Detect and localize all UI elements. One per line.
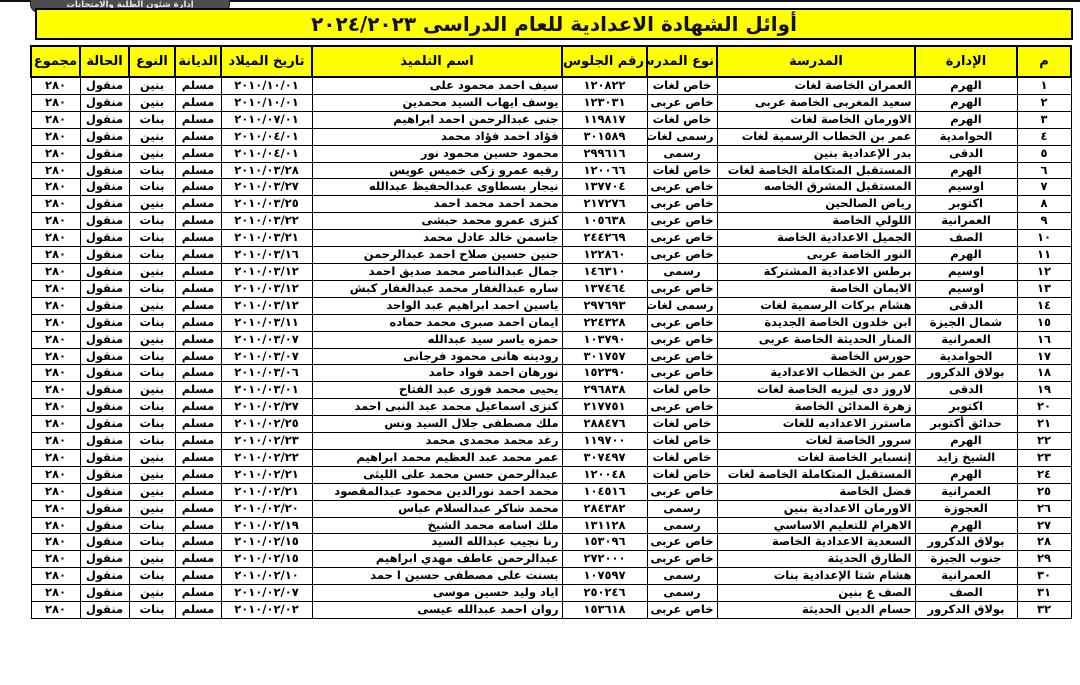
table-cell: مسلم [175, 230, 221, 247]
table-cell: ٢٨٠ [31, 263, 80, 280]
table-cell: منقول [80, 585, 129, 602]
table-cell: مسلم [175, 213, 221, 230]
table-cell: خاص عربى [647, 247, 717, 264]
table-row: ٣٠العمرانيةهشام شتا الإعدادية بناترسمى١٠… [31, 568, 1071, 585]
table-cell: الدقى [915, 382, 1017, 399]
table-cell: منقول [80, 382, 129, 399]
table-cell: بنات [129, 247, 175, 264]
table-cell: ٢٠١٠/٠٢/١٠ [221, 568, 312, 585]
table-cell: ٢٤ [1017, 466, 1071, 483]
table-cell: مسلم [175, 416, 221, 433]
header-cell-9: الحالة [80, 46, 129, 77]
table-cell: الايمان الخاصة [717, 280, 915, 297]
table-cell: ٢٨٠ [31, 534, 80, 551]
table-cell: نورهان احمد فواد حامد [312, 365, 562, 382]
table-cell: بنات [129, 230, 175, 247]
table-cell: رياض الصالحين [717, 196, 915, 213]
table-cell: الهرم [915, 162, 1017, 179]
table-cell: ٢٨٠ [31, 568, 80, 585]
table-row: ٣١الصفالصف ع بنينرسمى٢٥٠٢٤٦اياد وليد حسي… [31, 585, 1071, 602]
table-cell: ٢٠١٠/٠٣/٠٧ [221, 331, 312, 348]
table-cell: بنات [129, 314, 175, 331]
table-cell: ٢٨٠ [31, 517, 80, 534]
table-cell: محمد شاكر عبدالسلام عباس [312, 500, 562, 517]
table-cell: خاص عربى [647, 94, 717, 111]
table-row: ١٨بولاق الدكرورعمر بن الخطاب الاعداديةخا… [31, 365, 1071, 382]
table-cell: بنات [129, 365, 175, 382]
table-cell: ٢١ [1017, 416, 1071, 433]
table-cell: محمود حسين محمود نور [312, 145, 562, 162]
table-cell: خاص عربى [647, 483, 717, 500]
table-cell: ٢٠١٠/٠٣/١١ [221, 314, 312, 331]
table-cell: ٢٨٠ [31, 602, 80, 619]
table-cell: ١٥٣٦١٨ [562, 602, 647, 619]
table-cell: بنات [129, 280, 175, 297]
table-cell: مسلم [175, 449, 221, 466]
table-row: ٢٦العجوزةالاورمان الاعدادية بنينرسمى٢٨٤٣… [31, 500, 1071, 517]
table-cell: مسلم [175, 111, 221, 128]
table-cell: ٢٨٠ [31, 213, 80, 230]
table-cell: بنات [129, 433, 175, 450]
table-cell: بنات [129, 517, 175, 534]
table-row: ٣الهرمالاورمان الخاصة لغاتخاص لغات١١٩٨١٧… [31, 111, 1071, 128]
table-cell: بنين [129, 551, 175, 568]
table-cell: ٢٧٢٠٠٠ [562, 551, 647, 568]
table-cell: مسلم [175, 314, 221, 331]
table-cell: ٢٨٠ [31, 230, 80, 247]
table-row: ١٢اوسيمبرطس الاعدادية المشتركةرسمى١٤٦٣١٠… [31, 263, 1071, 280]
table-cell: ابن خلدون الخاصة الجديدة [717, 314, 915, 331]
table-cell: اياد وليد حسين موسى [312, 585, 562, 602]
table-cell: ١١٩٨١٧ [562, 111, 647, 128]
table-cell: مسلم [175, 500, 221, 517]
table-cell: منقول [80, 449, 129, 466]
page-title: أوائل الشهادة الاعدادية للعام الدراسى ٢٠… [311, 12, 797, 36]
table-cell: ١٠٣٧٩٠ [562, 331, 647, 348]
table-cell: ١٠٧٥٩٧ [562, 568, 647, 585]
table-cell: فؤاد احمد فؤاد محمد [312, 128, 562, 145]
table-cell: ٣ [1017, 111, 1071, 128]
table-row: ٢٤الهرمالمستقبل المتكاملة الخاصة لغاتخاص… [31, 466, 1071, 483]
table-cell: خاص لغات [647, 416, 717, 433]
table-row: ٨اكتوبررياض الصالحينخاص عربى٢١٧٢٧٦محمد ا… [31, 196, 1071, 213]
table-cell: ٥ [1017, 145, 1071, 162]
table-cell: مسلم [175, 483, 221, 500]
table-row: ١الهرمالعمران الخاصة لغاتخاص لغات١٢٠٨٢٢س… [31, 77, 1071, 94]
table-cell: جنوب الجيزة [915, 551, 1017, 568]
table-cell: مسلم [175, 331, 221, 348]
table-cell: كنزى عمرو محمد حبشى [312, 213, 562, 230]
table-cell: ٢٨٠ [31, 416, 80, 433]
table-cell: ٢٨٠ [31, 551, 80, 568]
table-cell: يحيى محمد فوزى عبد الفتاح [312, 382, 562, 399]
table-cell: السعدية الاعدادية الخاصة [717, 534, 915, 551]
table-row: ١٠الصفالجميل الاعدادية الخاصةخاص عربى٢٤٤… [31, 230, 1071, 247]
table-cell: ٢٠١٠/٠٣/٠١ [221, 382, 312, 399]
table-cell: عمر بن الخطاب الاعدادية [717, 365, 915, 382]
table-cell: ٣٠ [1017, 568, 1071, 585]
table-cell: مسلم [175, 433, 221, 450]
table-cell: ٢٨٠ [31, 77, 80, 94]
table-cell: لاروز دى ليزيه الخاصة لغات [717, 382, 915, 399]
table-cell: ١٠٤٥١٦ [562, 483, 647, 500]
table-cell: رسمى لغات [647, 128, 717, 145]
table-cell: ٤ [1017, 128, 1071, 145]
table-cell: ٩ [1017, 213, 1071, 230]
table-cell: ٢٠١٠/٠٢/٢٠ [221, 500, 312, 517]
table-cell: ٢٨٠ [31, 331, 80, 348]
table-cell: ٢٩٦٨٣٨ [562, 382, 647, 399]
table-cell: ٢٧ [1017, 517, 1071, 534]
table-cell: ١٧ [1017, 348, 1071, 365]
table-cell: النور الخاصة عربى [717, 247, 915, 264]
table-cell: ٢٨ [1017, 534, 1071, 551]
table-cell: ١٩ [1017, 382, 1071, 399]
table-cell: ٢٠١٠/٠٣/١٢ [221, 280, 312, 297]
table-cell: ٢٠١٠/٠٧/٠١ [221, 111, 312, 128]
table-cell: ٢٠١٠/٠٢/٢١ [221, 466, 312, 483]
table-cell: ٢٠١٠/٠٣/٢٨ [221, 162, 312, 179]
table-cell: مسلم [175, 247, 221, 264]
table-cell: ١ [1017, 77, 1071, 94]
table-cell: مسلم [175, 145, 221, 162]
table-cell: بنات [129, 179, 175, 196]
table-cell: ٧ [1017, 179, 1071, 196]
table-cell: ٣٠١٧٥٧ [562, 348, 647, 365]
table-cell: ٢٣ [1017, 449, 1071, 466]
table-cell: الاهرام للتعليم الاساسي [717, 517, 915, 534]
table-cell: ١٢٠٠٦٦ [562, 162, 647, 179]
table-cell: محمد احمد نورالدين محمود عبدالمقصود [312, 483, 562, 500]
header-cell-3: نوع المدرسة [647, 46, 717, 77]
table-cell: العمرانية [915, 483, 1017, 500]
table-cell: بنات [129, 534, 175, 551]
table-cell: منقول [80, 602, 129, 619]
table-header-row: مالإدارةالمدرسةنوع المدرسةرقم الجلوساسم … [31, 46, 1071, 77]
table-cell: ١٣٧٧٠٤ [562, 179, 647, 196]
table-cell: رسمى [647, 585, 717, 602]
table-cell: سعيد المغربى الخاصة عربى [717, 94, 915, 111]
table-cell: روان احمد عبدالله عيسى [312, 602, 562, 619]
table-cell: ٢٠١٠/٠٢/١٥ [221, 534, 312, 551]
table-cell: ٢٠١٠/٠٣/٢١ [221, 230, 312, 247]
table-cell: حورس الخاصة [717, 348, 915, 365]
table-cell: الاورمان الخاصة لغات [717, 111, 915, 128]
table-cell: عبدالرحمن حسن محمد على الليثى [312, 466, 562, 483]
table-cell: عمر بن الخطاب الرسمية لغات [717, 128, 915, 145]
table-cell: منقول [80, 433, 129, 450]
table-cell: ١٠ [1017, 230, 1071, 247]
table-cell: ٢٠١٠/٠٢/٢٢ [221, 449, 312, 466]
header-cell-7: الديانة [175, 46, 221, 77]
table-cell: الدقى [915, 145, 1017, 162]
table-cell: ٢٨٠ [31, 348, 80, 365]
table-cell: الصف [915, 230, 1017, 247]
table-cell: مسلم [175, 196, 221, 213]
table-cell: ٦ [1017, 162, 1071, 179]
table-cell: ٢٠١٠/٠٢/١٩ [221, 517, 312, 534]
table-cell: مسلم [175, 534, 221, 551]
table-cell: المنار الحديثة الخاصة عربى [717, 331, 915, 348]
table-cell: الهرم [915, 77, 1017, 94]
table-cell: الدقى [915, 297, 1017, 314]
table-cell: خاص لغات [647, 449, 717, 466]
table-cell: بنين [129, 449, 175, 466]
table-cell: حسام الدين الحديثة [717, 602, 915, 619]
table-cell: بنين [129, 382, 175, 399]
table-cell: ٢٠١٠/٠٢/٢٥ [221, 416, 312, 433]
table-cell: منقول [80, 466, 129, 483]
table-cell: ٢٨٨٤٧٦ [562, 416, 647, 433]
table-cell: جمال عبدالناصر محمد صديق احمد [312, 263, 562, 280]
table-cell: خاص لغات [647, 77, 717, 94]
table-cell: نيجار بسطاوى عبدالحفيظ عبدالله [312, 179, 562, 196]
table-cell: اللولي الخاصة [717, 213, 915, 230]
table-cell: ٢٠١٠/٠٢/٠٢ [221, 602, 312, 619]
table-row: ١١الهرمالنور الخاصة عربىخاص عربى١٢٢٨٦٠حن… [31, 247, 1071, 264]
table-cell: بسنت على مصطفى حسين ا حمد [312, 568, 562, 585]
table-cell: مسلم [175, 179, 221, 196]
table-cell: ١٣١١٢٨ [562, 517, 647, 534]
table-cell: بنات [129, 348, 175, 365]
table-cell: رسمى لغات [647, 297, 717, 314]
table-cell: منقول [80, 416, 129, 433]
header-cell-0: م [1017, 46, 1071, 77]
table-cell: ١٨ [1017, 365, 1071, 382]
table-cell: مسلم [175, 128, 221, 145]
table-cell: ٢٩ [1017, 551, 1071, 568]
table-row: ٤الحوامديةعمر بن الخطاب الرسمية لغاترسمى… [31, 128, 1071, 145]
header-cell-2: المدرسة [717, 46, 915, 77]
table-cell: هشام شتا الإعدادية بنات [717, 568, 915, 585]
table-cell: ١٢٠٠٤٨ [562, 466, 647, 483]
table-row: ٢٠اكتوبرزهرة المدائن الخاصةخاص عربى٢١٧٧٥… [31, 399, 1071, 416]
table-cell: منقول [80, 94, 129, 111]
table-row: ١٩الدقىلاروز دى ليزيه الخاصة لغاتخاص لغا… [31, 382, 1071, 399]
table-cell: ٢٨٠ [31, 449, 80, 466]
table-cell: خاص عربى [647, 348, 717, 365]
table-cell: الهرم [915, 433, 1017, 450]
table-cell: الحوامدية [915, 128, 1017, 145]
table-cell: خاص عربى [647, 179, 717, 196]
table-cell: اوسيم [915, 179, 1017, 196]
table-cell: مسلم [175, 348, 221, 365]
table-cell: ١٢ [1017, 263, 1071, 280]
table-cell: ٣٢ [1017, 602, 1071, 619]
table-cell: منقول [80, 145, 129, 162]
table-cell: ٢٨٠ [31, 162, 80, 179]
table-cell: جنى عبدالرحمن احمد ابراهيم [312, 111, 562, 128]
table-cell: مسلم [175, 297, 221, 314]
table-cell: ٢٢ [1017, 433, 1071, 450]
table-cell: ٢٨٠ [31, 585, 80, 602]
header-cell-5: اسم التلميذ [312, 46, 562, 77]
table-cell: اوسيم [915, 263, 1017, 280]
table-cell: اوسيم [915, 280, 1017, 297]
table-cell: مسلم [175, 551, 221, 568]
table-cell: ٢٨٠ [31, 111, 80, 128]
table-cell: منقول [80, 128, 129, 145]
table-cell: ٢٤٤٢٦٩ [562, 230, 647, 247]
table-cell: ١٢٢٨٦٠ [562, 247, 647, 264]
table-cell: منقول [80, 263, 129, 280]
table-cell: بنات [129, 416, 175, 433]
table-body: ١الهرمالعمران الخاصة لغاتخاص لغات١٢٠٨٢٢س… [31, 77, 1071, 619]
table-cell: حمزه ياسر سيد عبدالله [312, 331, 562, 348]
table-cell: ٢٨٠ [31, 94, 80, 111]
table-cell: ٨ [1017, 196, 1071, 213]
table-cell: ٢ [1017, 94, 1071, 111]
table-cell: منقول [80, 314, 129, 331]
table-cell: إنسباير الخاصة لغات [717, 449, 915, 466]
table-cell: ٢٠١٠/٠٢/١٥ [221, 551, 312, 568]
table-cell: الاورمان الاعدادية بنين [717, 500, 915, 517]
table-cell: خاص عربى [647, 365, 717, 382]
table-cell: الحوامدية [915, 348, 1017, 365]
table-cell: بنات [129, 111, 175, 128]
table-cell: مسلم [175, 568, 221, 585]
table-cell: ٢٥ [1017, 483, 1071, 500]
table-cell: ١٤ [1017, 297, 1071, 314]
table-cell: منقول [80, 534, 129, 551]
table-cell: ٢٥٠٢٤٦ [562, 585, 647, 602]
table-cell: المستقبل المشرق الخاصه [717, 179, 915, 196]
table-cell: بنين [129, 94, 175, 111]
table-cell: اكتوبر [915, 196, 1017, 213]
table-cell: بنين [129, 585, 175, 602]
table-cell: ٢٠١٠/٠٣/٢٢ [221, 213, 312, 230]
table-cell: ايمان احمد صبرى محمد حماده [312, 314, 562, 331]
table-cell: رسمى [647, 517, 717, 534]
table-cell: ٢٨٠ [31, 399, 80, 416]
table-cell: ١٣ [1017, 280, 1071, 297]
table-cell: بنين [129, 466, 175, 483]
table-cell: مسلم [175, 365, 221, 382]
header-cell-10: مجموع [31, 46, 80, 77]
table-cell: بنين [129, 128, 175, 145]
table-cell: مسلم [175, 466, 221, 483]
table-cell: سيف احمد محمود على [312, 77, 562, 94]
table-cell: ٢٠١٠/٠٣/١٢ [221, 263, 312, 280]
table-cell: ٢٠١٠/٠٣/٢٥ [221, 196, 312, 213]
table-cell: المستقبل المتكاملة الخاصة لغات [717, 162, 915, 179]
table-cell: بنين [129, 145, 175, 162]
table-cell: منقول [80, 348, 129, 365]
table-cell: الصف ع بنين [717, 585, 915, 602]
table-cell: بنين [129, 331, 175, 348]
table-cell: خاص عربى [647, 399, 717, 416]
table-cell: بدر الإعدادية بنين [717, 145, 915, 162]
table-cell: ٢٩٩٦١٦ [562, 145, 647, 162]
table-cell: العجوزة [915, 500, 1017, 517]
table-row: ٢٧الهرمالاهرام للتعليم الاساسيرسمى١٣١١٢٨… [31, 517, 1071, 534]
title-banner: أوائل الشهادة الاعدادية للعام الدراسى ٢٠… [35, 8, 1073, 40]
table-cell: خاص عربى [647, 534, 717, 551]
table-cell: منقول [80, 483, 129, 500]
table-cell: بولاق الدكرور [915, 365, 1017, 382]
table-cell: ١٦ [1017, 331, 1071, 348]
table-cell: شمال الجيزة [915, 314, 1017, 331]
table-cell: منقول [80, 399, 129, 416]
table-cell: فضل الخاصة [717, 483, 915, 500]
table-cell: ١٥ [1017, 314, 1071, 331]
table-cell: مسلم [175, 94, 221, 111]
table-cell: خاص عربى [647, 213, 717, 230]
table-cell: ٣٠٧٤٩٧ [562, 449, 647, 466]
table-cell: سرور الخاصة لغات [717, 433, 915, 450]
table-cell: ٢٦ [1017, 500, 1071, 517]
table-cell: ٢٨٠ [31, 433, 80, 450]
table-cell: ٢٨٠ [31, 297, 80, 314]
table-cell: عبدالرحمن عاطف مهدي ابراهيم [312, 551, 562, 568]
table-row: ٥الدقىبدر الإعدادية بنينرسمى٢٩٩٦١٦محمود … [31, 145, 1071, 162]
table-cell: ٢٠١٠/٠٢/٢٧ [221, 399, 312, 416]
table-cell: ٢٨٠ [31, 247, 80, 264]
table-cell: الهرم [915, 247, 1017, 264]
table-cell: منقول [80, 551, 129, 568]
table-row: ٢٣الشيخ زايدإنسباير الخاصة لغاتخاص لغات٣… [31, 449, 1071, 466]
table-cell: ٢٨٠ [31, 314, 80, 331]
table-cell: ٢٨٠ [31, 179, 80, 196]
table-cell: الطارق الحديثة [717, 551, 915, 568]
table-cell: الهرم [915, 466, 1017, 483]
table-cell: ٢٠١٠/٠٣/١٢ [221, 297, 312, 314]
table-cell: الجميل الاعدادية الخاصة [717, 230, 915, 247]
table-cell: ٢٠١٠/٠٣/٠٦ [221, 365, 312, 382]
table-cell: رودينه هانى محمود فرجانى [312, 348, 562, 365]
table-cell: بنين [129, 483, 175, 500]
table-cell: منقول [80, 517, 129, 534]
table-row: ٩العمرانيةاللولي الخاصةخاص عربى١٠٥٦٣٨كنز… [31, 213, 1071, 230]
table-cell: ٢٢٤٣٢٨ [562, 314, 647, 331]
table-row: ٧اوسيمالمستقبل المشرق الخاصهخاص عربى١٣٧٧… [31, 179, 1071, 196]
table-cell: مسلم [175, 263, 221, 280]
table-cell: خاص عربى [647, 280, 717, 297]
table-cell: رسمى [647, 145, 717, 162]
table-cell: منقول [80, 365, 129, 382]
table-cell: يوسف ايهاب السيد محمدين [312, 94, 562, 111]
table-cell: بنات [129, 568, 175, 585]
table-cell: مسلم [175, 77, 221, 94]
table-cell: بنات [129, 399, 175, 416]
table-cell: ٢١٧٧٥١ [562, 399, 647, 416]
table-cell: ١٤٦٣١٠ [562, 263, 647, 280]
table-cell: ٢٠١٠/١٠/٠١ [221, 94, 312, 111]
table-cell: العمران الخاصة لغات [717, 77, 915, 94]
table-cell: ٢٠١٠/٠٣/٢٧ [221, 179, 312, 196]
table-cell: منقول [80, 280, 129, 297]
table-cell: ٢٨٤٣٨٢ [562, 500, 647, 517]
table-cell: بنات [129, 213, 175, 230]
table-cell: بولاق الدكرور [915, 602, 1017, 619]
table-cell: العمرانية [915, 331, 1017, 348]
table-cell: مسلم [175, 382, 221, 399]
table-cell: ٢٠١٠/٠٣/١٦ [221, 247, 312, 264]
table-cell: خاص لغات [647, 111, 717, 128]
header-cell-1: الإدارة [915, 46, 1017, 77]
table-cell: ١٢٣٠٣١ [562, 94, 647, 111]
table-cell: منقول [80, 568, 129, 585]
table-row: ١٦العمرانيةالمنار الحديثة الخاصة عربىخاص… [31, 331, 1071, 348]
table-cell: ٢٠١٠/٠٣/٠٧ [221, 348, 312, 365]
table-cell: منقول [80, 230, 129, 247]
table-row: ٢٩جنوب الجيزةالطارق الحديثةخاص عربى٢٧٢٠٠… [31, 551, 1071, 568]
table-cell: العمرانية [915, 213, 1017, 230]
table-cell: ٢٠١٠/٠٢/٠٧ [221, 585, 312, 602]
table-row: ٢٥العمرانيةفضل الخاصةخاص عربى١٠٤٥١٦محمد … [31, 483, 1071, 500]
header-cell-6: تاريخ الميلاد [221, 46, 312, 77]
table-cell: منقول [80, 162, 129, 179]
